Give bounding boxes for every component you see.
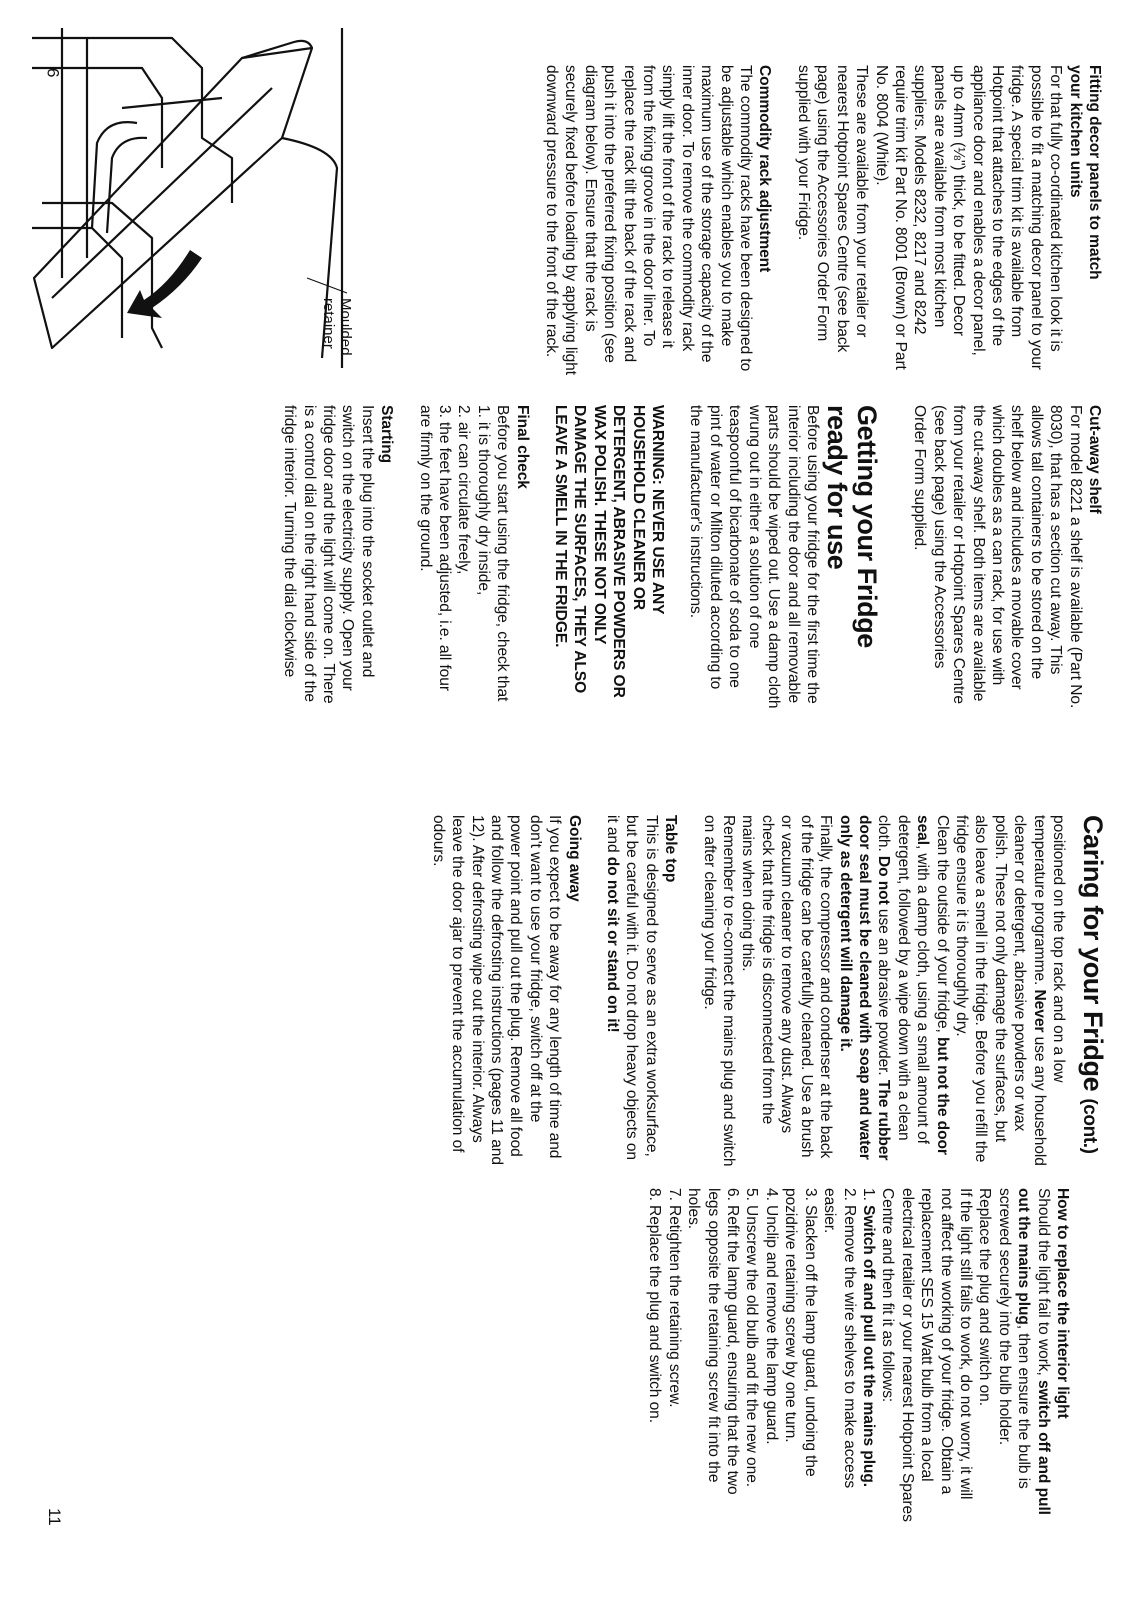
interior-light-para-2: Replace the plug and switch on. bbox=[975, 1188, 994, 1523]
step-item: 7. Retighten the retaining screw. bbox=[664, 1188, 683, 1523]
getting-ready-title: Getting your Fridge ready for use bbox=[822, 405, 882, 710]
cut-away-shelf-body: For model 8221 a shelf is available (Par… bbox=[910, 405, 1085, 710]
text: Clean the outside of your fridge, bbox=[934, 815, 951, 1037]
emphasis: Do not bbox=[875, 856, 892, 905]
text: use an abrasive powder. bbox=[875, 905, 892, 1080]
cleaner-warning: WARNING: NEVER USE ANY HOUSEHOLD CLEANER… bbox=[551, 405, 667, 710]
cut-away-shelf-heading: Cut-away shelf bbox=[1085, 405, 1104, 710]
final-check-item: 3. the feet have been adjusted, i.e. all… bbox=[415, 405, 454, 710]
commodity-rack-illustration: Moulded retainer bbox=[22, 28, 352, 378]
final-check-heading: Final check bbox=[512, 405, 531, 710]
text: Should the light fail to work, bbox=[1035, 1188, 1052, 1380]
column-caring: Caring for your Fridge (cont.) positione… bbox=[428, 815, 1108, 1167]
column-decor-commodity: Fitting decor panels to match your kitch… bbox=[542, 65, 1104, 377]
caring-para-4: Remember to re-connect the mains plug an… bbox=[699, 815, 738, 1167]
step-item: 8. Replace the plug and switch on. bbox=[645, 1188, 664, 1523]
commodity-rack-body: The commodity racks have been designed t… bbox=[542, 65, 755, 377]
final-check-list: 1. it is thoroughly dry inside, 2. air c… bbox=[415, 405, 493, 710]
rotated-manual-spread: Fitting decor panels to match your kitch… bbox=[0, 0, 1132, 1601]
title-line1: Getting your Fridge bbox=[852, 405, 882, 648]
step-item: 2. Remove the wire shelves to make acces… bbox=[820, 1188, 859, 1523]
going-away-body: If you expect to be away for any length … bbox=[428, 815, 564, 1167]
interior-light-para-3: If the light still fails to work, do not… bbox=[878, 1188, 975, 1523]
starting-heading: Starting bbox=[377, 405, 396, 710]
caring-title-suffix: (cont.) bbox=[1079, 1098, 1100, 1153]
table-top-body: This is designed to serve as an extra wo… bbox=[603, 815, 661, 1167]
starting-body: Insert the plug into the socket outlet a… bbox=[280, 405, 377, 710]
bulb-replacement-steps: 1. Switch off and pull out the mains plu… bbox=[645, 1188, 878, 1523]
caring-para-1: positioned on the top rack and on a low … bbox=[952, 815, 1068, 1167]
decor-heading-line2: your kitchen units bbox=[1067, 65, 1084, 198]
page-number-left: 9 bbox=[44, 68, 64, 77]
column-getting-ready: Cut-away shelf For model 8221 a shelf is… bbox=[280, 405, 1104, 710]
caring-title-text: Caring for your Fridge bbox=[1078, 815, 1108, 1091]
table-top-heading: Table top bbox=[661, 815, 680, 1167]
getting-ready-body: Before using your fridge for the first t… bbox=[686, 405, 822, 710]
decor-panels-body: For that fully co-ordinated kitchen look… bbox=[871, 65, 1065, 377]
caring-para-3: Finally, the compressor and condenser at… bbox=[738, 815, 835, 1167]
decor-panels-heading: Fitting decor panels to match your kitch… bbox=[1065, 65, 1104, 377]
decor-panels-body2: These are available from your retailer o… bbox=[794, 65, 872, 377]
commodity-rack-heading: Commodity rack adjustment bbox=[755, 65, 774, 377]
caring-para-2: Clean the outside of your fridge, but no… bbox=[835, 815, 951, 1167]
step-item: 4. Unclip and remove the lamp guard. bbox=[762, 1188, 781, 1523]
label-line1: Moulded bbox=[337, 298, 354, 356]
decor-heading-line1: Fitting decor panels to match bbox=[1086, 65, 1103, 280]
column-interior-light: How to replace the interior light Should… bbox=[645, 1188, 1072, 1523]
final-check-item: 2. air can circulate freely, bbox=[454, 405, 473, 710]
emphasis: Never bbox=[1031, 990, 1048, 1033]
rack-diagram-icon bbox=[22, 28, 352, 378]
step-number: 1. bbox=[860, 1188, 877, 1205]
step-item: 6. Refit the lamp guard, ensuring that t… bbox=[684, 1188, 742, 1523]
emphasis: Switch off and pull out the mains plug. bbox=[860, 1205, 877, 1487]
moulded-retainer-label: Moulded retainer bbox=[320, 298, 354, 356]
label-line2: retainer bbox=[320, 298, 337, 349]
step-item: 1. Switch off and pull out the mains plu… bbox=[859, 1188, 878, 1523]
step-item: 5. Unscrew the old bulb and fit the new … bbox=[742, 1188, 761, 1523]
caring-title: Caring for your Fridge (cont.) bbox=[1074, 815, 1108, 1167]
step-item: 3. Slacken off the lamp guard, undoing t… bbox=[781, 1188, 820, 1523]
interior-light-heading: How to replace the interior light bbox=[1053, 1188, 1072, 1523]
page-number-right: 11 bbox=[44, 1508, 64, 1526]
title-line2: ready for use bbox=[822, 405, 852, 569]
going-away-heading: Going away bbox=[564, 815, 583, 1167]
final-check-item: 1. it is thoroughly dry inside, bbox=[473, 405, 492, 710]
interior-light-intro: Should the light fail to work, switch of… bbox=[994, 1188, 1052, 1523]
final-check-intro: Before you start using the fridge, check… bbox=[493, 405, 512, 710]
emphasis: do not sit or stand on it! bbox=[604, 857, 621, 1033]
